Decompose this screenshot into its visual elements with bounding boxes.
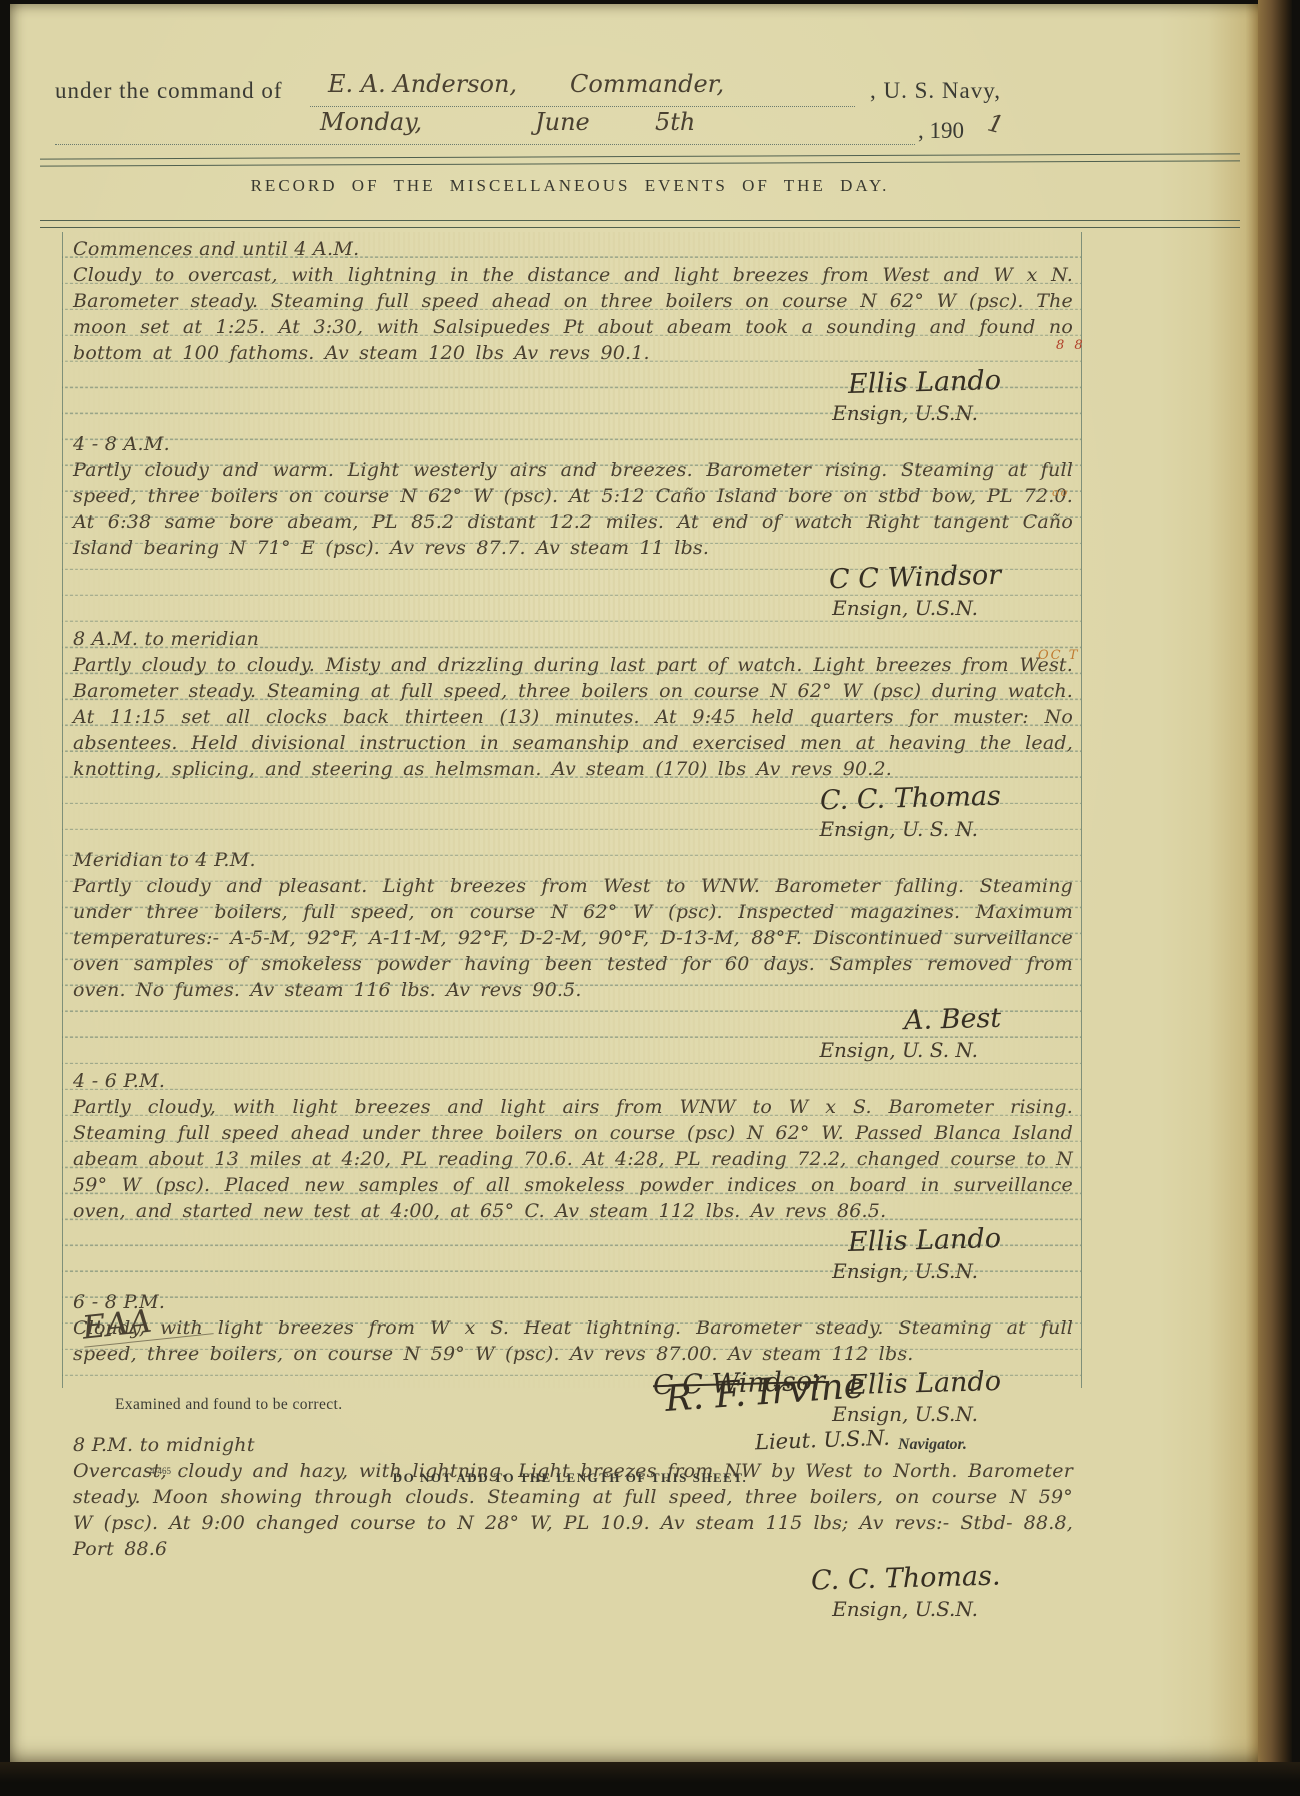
entry-signoff: Ensign, U. S. N. — [819, 1038, 978, 1062]
signoff-row: Ensign, U. S. N. — [73, 1038, 1073, 1064]
page-title: RECORD OF THE MISCELLANEOUS EVENTS OF TH… — [40, 176, 1100, 196]
log-entry-4-6pm: 4 - 6 P.M. Partly cloudy, with light bre… — [73, 1068, 1073, 1285]
entry-heading: Meridian to 4 P.M. — [73, 847, 1073, 873]
day-of-month: 5th — [655, 108, 695, 136]
divider-rule-top — [40, 153, 1240, 166]
command-prefix: under the command of — [55, 78, 283, 104]
checkmark-orange-small: oo — [1052, 486, 1069, 499]
log-entry-commences: Commences and until 4 A.M. Cloudy to ove… — [73, 236, 1073, 427]
entry-heading: 6 - 8 P.M. — [73, 1289, 1073, 1315]
divider-rule-bottom — [40, 220, 1240, 228]
log-entry-meridian-4pm: Meridian to 4 P.M. Partly cloudy and ple… — [73, 847, 1073, 1064]
signature-row: A. Best — [73, 1005, 1073, 1038]
date-blank-line — [55, 116, 915, 145]
signature-row: C. C. Thomas. — [73, 1564, 1073, 1597]
entry-body: Partly cloudy and pleasant. Light breeze… — [73, 873, 1073, 1003]
signature-row: C. C. Thomas — [73, 784, 1073, 817]
book-page-edges — [1258, 0, 1292, 1796]
signature-row: Ellis Lando — [73, 368, 1073, 401]
weekday: Monday, — [320, 108, 422, 136]
entry-heading: 8 A.M. to meridian — [73, 626, 1073, 652]
navigator-label: Navigator. — [898, 1436, 967, 1454]
entry-signoff: Ensign, U.S.N. — [832, 401, 978, 425]
signoff-row: Ensign, U.S.N. — [73, 401, 1073, 427]
log-entry-4-8am: 4 - 8 A.M. Partly cloudy and warm. Light… — [73, 431, 1073, 622]
entry-signature: C C Windsor — [829, 561, 1002, 595]
entry-body: Cloudy, with light breezes from W x S. H… — [73, 1315, 1073, 1367]
navigator-rank: Lieut. U.S.N. — [755, 1426, 891, 1455]
entry-signoff: Ensign, U. S. N. — [819, 817, 978, 841]
commander-rank: Commander, — [570, 70, 724, 98]
entry-heading: Commences and until 4 A.M. — [73, 236, 1073, 262]
logbook-page: under the command of E. A. Anderson, Com… — [10, 4, 1258, 1762]
checkmark-red: 8 8 — [1056, 338, 1086, 353]
commander-name: E. A. Anderson, — [328, 70, 517, 98]
entry-body: Partly cloudy to cloudy. Misty and drizz… — [73, 652, 1073, 782]
entry-signature: Ellis Lando — [848, 366, 1002, 400]
examined-statement: Examined and found to be correct. — [115, 1396, 343, 1414]
month: June — [535, 108, 590, 136]
entry-signature: Ellis Lando — [848, 1367, 1002, 1401]
entry-heading: 4 - 6 P.M. — [73, 1068, 1073, 1094]
entry-signoff: Ensign, U.S.N. — [832, 1259, 978, 1283]
entry-signoff: Ensign, U.S.N. — [832, 596, 978, 620]
entry-body: Partly cloudy, with light breezes and li… — [73, 1094, 1073, 1224]
log-entry-8pm-midnight: 8 P.M. to midnight Overcast, cloudy and … — [73, 1432, 1073, 1623]
signoff-row: Ensign, U.S.N. — [73, 1597, 1073, 1623]
length-warning: DO NOT ADD TO THE LENGTH OF THIS SHEET. — [70, 1470, 1070, 1486]
signature-row: Ellis Lando — [73, 1226, 1073, 1259]
signature-row: C C Windsor — [73, 563, 1073, 596]
entry-signature: A. Best — [903, 1004, 1001, 1037]
entry-signature: C. C. Thomas — [820, 782, 1002, 817]
year-digit: 1 — [985, 109, 1007, 140]
checkmark-orange: OC T — [1038, 648, 1079, 663]
entry-body: Cloudy to overcast, with lightning in th… — [73, 262, 1073, 366]
year-printed: , 190 — [918, 118, 964, 144]
entry-body: Partly cloudy and warm. Light westerly a… — [73, 457, 1073, 561]
entry-heading: 4 - 8 A.M. — [73, 431, 1073, 457]
scan-background — [0, 1762, 1300, 1796]
log-entry-8am-meridian: 8 A.M. to meridian Partly cloudy to clou… — [73, 626, 1073, 843]
signoff-row: Ensign, U.S.N. — [73, 1259, 1073, 1285]
entry-signoff: Ensign, U.S.N. — [832, 1597, 978, 1621]
log-entries-area: Commences and until 4 A.M. Cloudy to ove… — [62, 232, 1082, 1388]
date-line: Monday, June 5th , 190 1 — [10, 116, 1258, 150]
signoff-row: Ensign, U.S.N. — [73, 596, 1073, 622]
entry-signature: C. C. Thomas. — [811, 1562, 1001, 1597]
command-line: under the command of E. A. Anderson, Com… — [10, 76, 1258, 110]
signoff-row: Ensign, U. S. N. — [73, 817, 1073, 843]
entry-signature: Ellis Lando — [848, 1224, 1002, 1258]
navy-label: , U. S. Navy, — [870, 78, 1001, 104]
command-blank-line: E. A. Anderson, Commander, — [310, 76, 855, 107]
